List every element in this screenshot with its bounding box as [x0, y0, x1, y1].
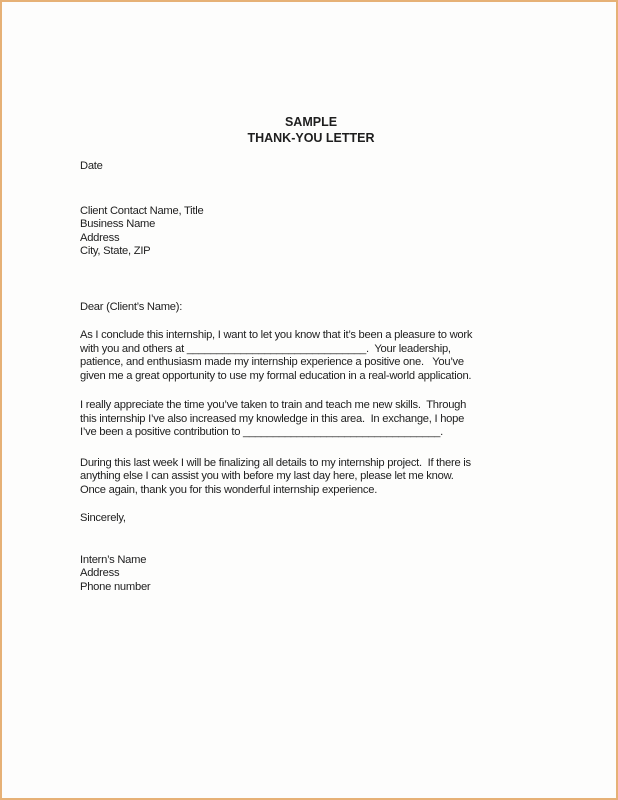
closing-line: Sincerely, — [80, 512, 550, 526]
body-paragraph-1: As I conclude this internship, I want to… — [80, 329, 550, 383]
signature-block: Intern’s Name Address Phone number — [80, 554, 550, 595]
recipient-address-block: Client Contact Name, Title Business Name… — [80, 205, 550, 259]
date-placeholder: Date — [80, 160, 550, 174]
body-paragraph-2: I really appreciate the time you’ve take… — [80, 399, 550, 440]
body-paragraph-3: During this last week I will be finalizi… — [80, 457, 550, 498]
salutation-line: Dear (Client’s Name): — [80, 301, 550, 315]
letter-content: SAMPLE THANK-YOU LETTER Date Client Cont… — [2, 2, 616, 594]
letter-page: SAMPLE THANK-YOU LETTER Date Client Cont… — [0, 0, 618, 800]
letter-title: SAMPLE THANK-YOU LETTER — [80, 115, 542, 146]
